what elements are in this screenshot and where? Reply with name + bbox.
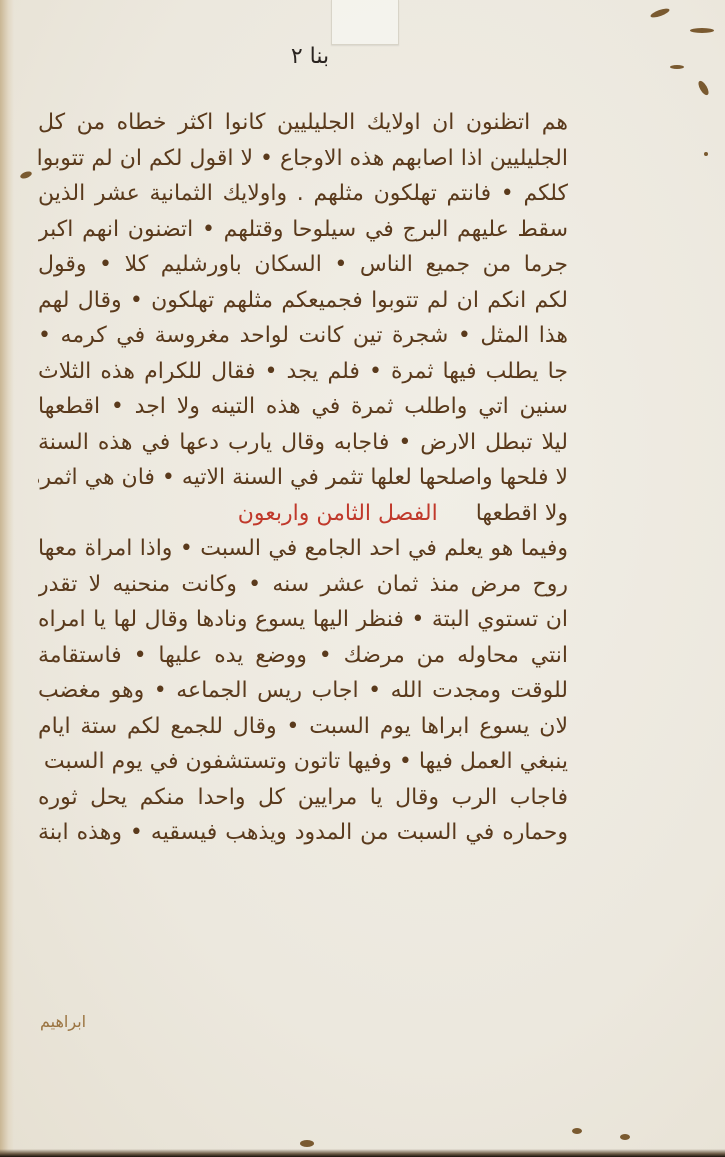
text-line: ينبغي العمل فيها • وفيها تاتون وتستشفون … [38, 744, 568, 780]
stain-mark [300, 1140, 314, 1147]
text-line: سنين اتي واطلب ثمرة في هذه التينه ولا اج… [38, 389, 568, 425]
repair-tape [331, 0, 399, 45]
page-bottom-edge [0, 1149, 725, 1157]
chapter-heading: الفصل الثامن واربعون [238, 501, 438, 526]
text-line: هذا المثل • شجرة تين كانت لواحد مغروسة ف… [38, 318, 568, 354]
text-line: فاجاب الرب وقال يا مرايين كل واحدا منكم … [38, 780, 568, 816]
binding-gutter [0, 0, 14, 1157]
text-line: وحماره في السبت من المدود ويذهب فيسقيه •… [38, 815, 568, 851]
text-line: سقط عليهم البرج في سيلوحا وقتلهم • اتضنو… [38, 212, 568, 248]
text-line: روح مرض منذ ثمان عشر سنه • وكانت منحنيه … [38, 567, 568, 603]
text-line: لا فلحها واصلحها لعلها تثمر في السنة الا… [38, 460, 568, 496]
text-line: هم اتظنون ان اولايك الجليليين كانوا اكثر… [38, 105, 568, 141]
text-line: ان تستوي البتة • فنظر اليها يسوع ونادها … [38, 602, 568, 638]
stain-mark [572, 1128, 582, 1134]
text-line: وفيما هو يعلم في احد الجامع في السبت • و… [38, 531, 568, 567]
text-line: الجليليين اذا اصابهم هذه الاوجاع • لا اق… [38, 141, 568, 177]
stain-mark [19, 170, 32, 180]
text-line: لان يسوع ابراها يوم السبت • وقال للجمع ل… [38, 709, 568, 745]
stain-mark [650, 7, 671, 19]
manuscript-text-block: هم اتظنون ان اولايك الجليليين كانوا اكثر… [38, 105, 568, 851]
folio-number: بنا ٢ [270, 44, 350, 69]
text-line: جرما من جميع الناس • السكان باورشليم كلا… [38, 247, 568, 283]
stain-mark [670, 65, 684, 69]
stain-mark [704, 152, 708, 156]
text-line: كلكم • فانتم تهلكون مثلهم . واولايك الثم… [38, 176, 568, 212]
text-line-with-heading: ولا اقطعها الفصل الثامن واربعون [38, 496, 568, 532]
stain-mark [690, 28, 714, 33]
text-line: للوقت ومجدت الله • اجاب ريس الجماعه • وه… [38, 673, 568, 709]
text-fragment: ولا اقطعها [476, 501, 568, 526]
text-line: لكم انكم ان لم تتوبوا فجميعكم مثلهم تهلك… [38, 283, 568, 319]
text-line: ليلا تبطل الارض • فاجابه وقال يارب دعها … [38, 425, 568, 461]
catchword: ابراهيم [40, 1012, 86, 1031]
stain-mark [620, 1134, 630, 1140]
stain-mark [696, 79, 710, 96]
text-line: انتي محاوله من مرضك • ووضع يده عليها • ف… [38, 638, 568, 674]
text-line: جا يطلب فيها ثمرة • فلم يجد • فقال للكرا… [38, 354, 568, 390]
manuscript-page: بنا ٢ هم اتظنون ان اولايك الجليليين كانو… [0, 0, 725, 1157]
